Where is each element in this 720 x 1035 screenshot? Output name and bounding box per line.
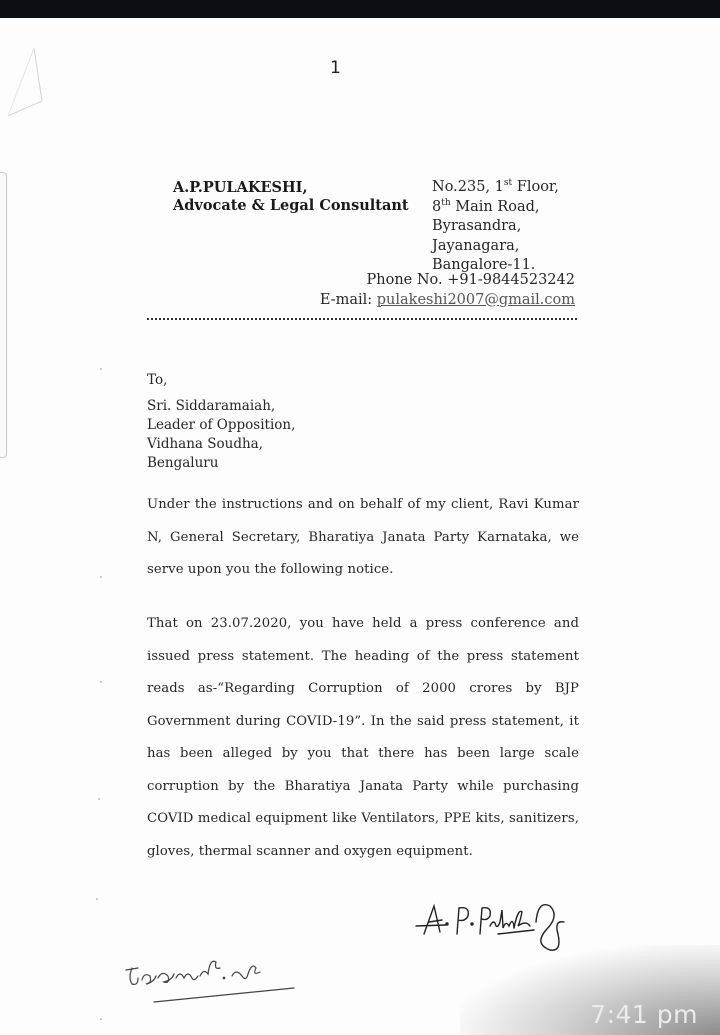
paragraph-line: Under the instructions and on behalf of …	[147, 489, 579, 522]
paragraph-line: COVID medical equipment like Ventilators…	[147, 803, 579, 836]
recipient-line: Bengaluru	[147, 454, 295, 473]
paragraph-line: corruption by the Bharatiya Janata Party…	[147, 771, 579, 804]
sender-contact: Phone No. +91-9844523242 E-mail: pulakes…	[320, 271, 575, 310]
phone-number: +91-9844523242	[447, 272, 575, 288]
scan-speck	[100, 576, 102, 578]
phone-line: Phone No. +91-9844523242	[320, 271, 575, 291]
scan-speck	[98, 798, 100, 800]
body-paragraph-2: That on 23.07.2020, you have held a pres…	[147, 608, 579, 868]
scan-speck	[100, 1018, 102, 1020]
letterhead-divider	[147, 318, 577, 320]
sender-title: Advocate & Legal Consultant	[173, 197, 409, 215]
paragraph-line: N, General Secretary, Bharatiya Janata P…	[147, 522, 579, 555]
address-line-4: Jayanagara,	[432, 237, 559, 257]
scan-speck	[100, 368, 102, 370]
sender-name: A.P.PULAKESHI,	[173, 179, 409, 197]
scroll-handle[interactable]	[0, 172, 7, 458]
sender-address: No.235, 1st Floor, 8th Main Road, Byrasa…	[432, 178, 559, 276]
paragraph-line: has been alleged by you that there has b…	[147, 738, 579, 771]
document-page: 1 A.P.PULAKESHI, Advocate & Legal Consul…	[0, 18, 720, 1035]
paragraph-line: reads as-“Regarding Corruption of 2000 c…	[147, 673, 579, 706]
scan-speck	[96, 898, 98, 900]
letterhead-sender: A.P.PULAKESHI, Advocate & Legal Consulta…	[173, 179, 409, 215]
email-link[interactable]: pulakeshi2007@gmail.com	[377, 292, 575, 308]
timestamp-overlay: 7:41 pm	[460, 945, 720, 1035]
email-line: E-mail: pulakeshi2007@gmail.com	[320, 291, 575, 311]
timestamp: 7:41 pm	[590, 1000, 698, 1029]
handwritten-kannada-note	[124, 948, 324, 1008]
address-line-3: Byrasandra,	[432, 217, 559, 237]
paragraph-line: Government during COVID-19”. In the said…	[147, 706, 579, 739]
address-line-1: No.235, 1st Floor,	[432, 178, 559, 198]
salutation: To,	[147, 371, 295, 390]
status-bar	[0, 0, 720, 18]
body-paragraph-1: Under the instructions and on behalf of …	[147, 489, 579, 587]
recipient-line: Vidhana Soudha,	[147, 435, 295, 454]
page-fold-mark	[4, 46, 44, 116]
recipient-line: Sri. Siddaramaiah,	[147, 397, 295, 416]
paragraph-line: That on 23.07.2020, you have held a pres…	[147, 608, 579, 641]
recipient-line: Leader of Opposition,	[147, 416, 295, 435]
paragraph-line: serve upon you the following notice.	[147, 554, 579, 587]
recipient-block: To, Sri. Siddaramaiah, Leader of Opposit…	[147, 371, 295, 473]
paragraph-line: issued press statement. The heading of t…	[147, 641, 579, 674]
paragraph-line: gloves, thermal scanner and oxygen equip…	[147, 836, 579, 869]
scan-speck	[100, 681, 102, 683]
page-number: 1	[330, 58, 341, 78]
address-line-2: 8th Main Road,	[432, 198, 559, 218]
